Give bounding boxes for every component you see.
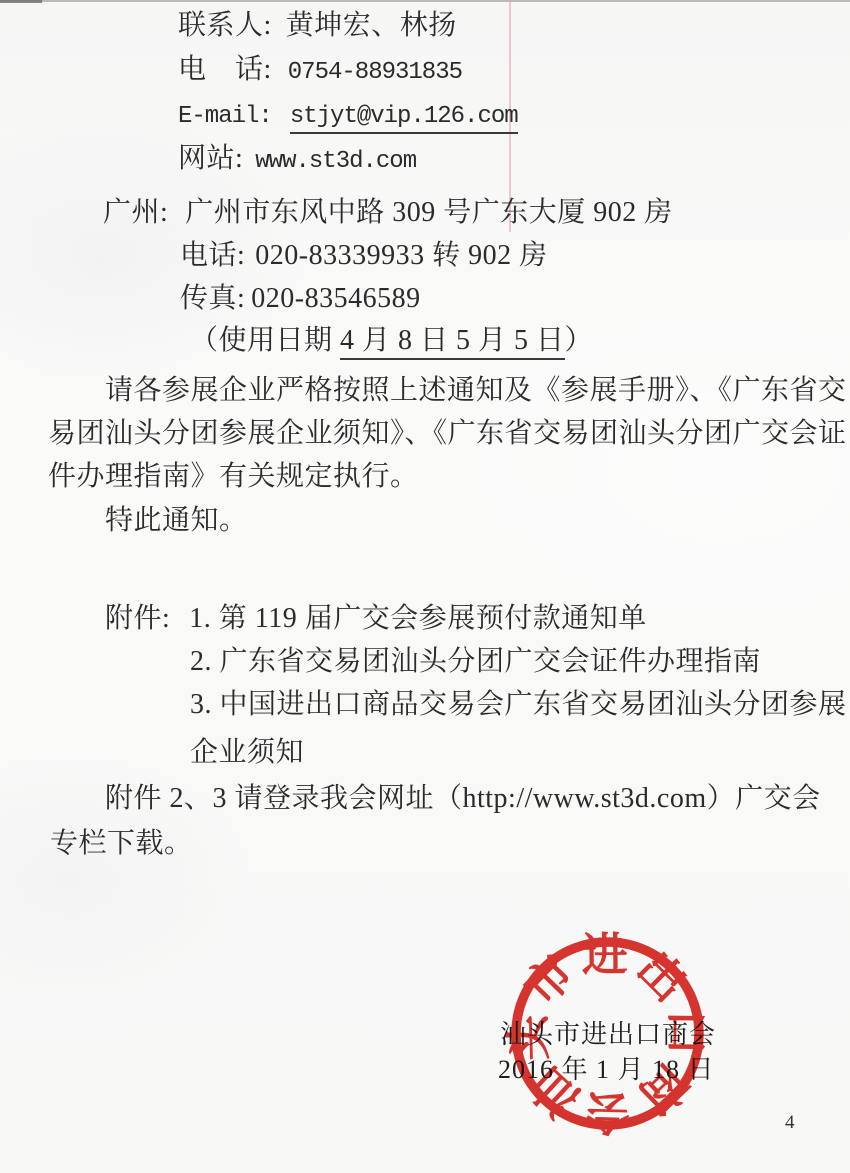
page-number: 4 [785, 1112, 795, 1134]
seal-ring-text-holder: 汕头市进出口商会 [504, 930, 711, 1137]
guangzhou-fax-line: 传真:020-83546589 [180, 282, 421, 316]
download-note-line: 专栏下载。 [50, 827, 193, 861]
scanned-notice-page: 联系人:黄坤宏、林扬 电 话:0754-88931835 E-mail:stjy… [0, 0, 850, 1173]
guangzhou-address: 广州市东风中路 309 号广东大厦 902 房 [185, 197, 673, 228]
guangzhou-fax-value: 020-83546589 [251, 283, 420, 314]
guangzhou-phone-label: 电话: [180, 239, 245, 273]
body-line: 请各参展企业严格按照上述通知及《参展手册》、《广东省交 [105, 374, 847, 408]
guangzhou-phone-value: 020-83339933 转 902 房 [255, 240, 547, 271]
attachment-item: 3. 中国进出口商品交易会广东省交易团汕头分团参展 [190, 688, 847, 722]
phone-label: 电 话: [178, 53, 272, 87]
email-label: E-mail: [178, 100, 272, 134]
body-line: 易团汕头分团参展企业须知》、《广东省交易团汕头分团广交会证 [48, 417, 847, 451]
guangzhou-address-line: 广州:广州市东风中路 309 号广东大厦 902 房 [103, 196, 673, 230]
contact-person-label: 联系人: [178, 9, 272, 43]
guangzhou-phone-line: 电话:020-83339933 转 902 房 [180, 239, 548, 273]
chamber-seal-stamp: 汕头市进出口商会 [504, 930, 711, 1137]
email-line: E-mail:stjyt@vip.126.com [178, 97, 518, 134]
attachment-item-continuation: 企业须知 [190, 736, 304, 770]
usage-date-underlined: 4 月 8 日 5 月 5 日 [340, 325, 565, 360]
contact-person-value: 黄坤宏、林扬 [286, 10, 457, 41]
seal-ring-text: 汕头市进出口商会 [504, 930, 711, 1137]
phone-line: 电 话:0754-88931835 [178, 53, 462, 90]
download-note-line: 附件 2、3 请登录我会网址（http://www.st3d.com）广交会 [105, 782, 821, 816]
attachment-item: 1. 第 119 届广交会参展预付款通知单 [189, 603, 646, 634]
body-line: 特此通知。 [105, 504, 248, 538]
attachments-first-line: 附件:1. 第 119 届广交会参展预付款通知单 [105, 602, 647, 636]
scan-edge-artifact [0, 0, 850, 2]
contact-person-line: 联系人:黄坤宏、林扬 [178, 9, 457, 43]
website-line: 网站:www.st3d.com [178, 142, 416, 179]
website-value: www.st3d.com [255, 148, 416, 175]
usage-date-line: （使用日期 4 月 8 日 5 月 5 日） [190, 324, 593, 358]
usage-date-open-paren: （使用日期 [190, 325, 340, 356]
scan-corner-artifact [0, 0, 42, 3]
guangzhou-label: 广州: [103, 196, 168, 230]
usage-date-close-paren: ） [565, 325, 594, 356]
guangzhou-fax-label: 传真: [180, 282, 245, 316]
body-line: 件办理指南》有关规定执行。 [48, 460, 419, 494]
phone-value: 0754-88931835 [288, 59, 462, 86]
attachments-label: 附件: [105, 602, 170, 636]
website-label: 网站: [178, 142, 243, 176]
attachment-item: 2. 广东省交易团汕头分团广交会证件办理指南 [190, 645, 761, 679]
email-value: stjyt@vip.126.com [290, 103, 518, 134]
